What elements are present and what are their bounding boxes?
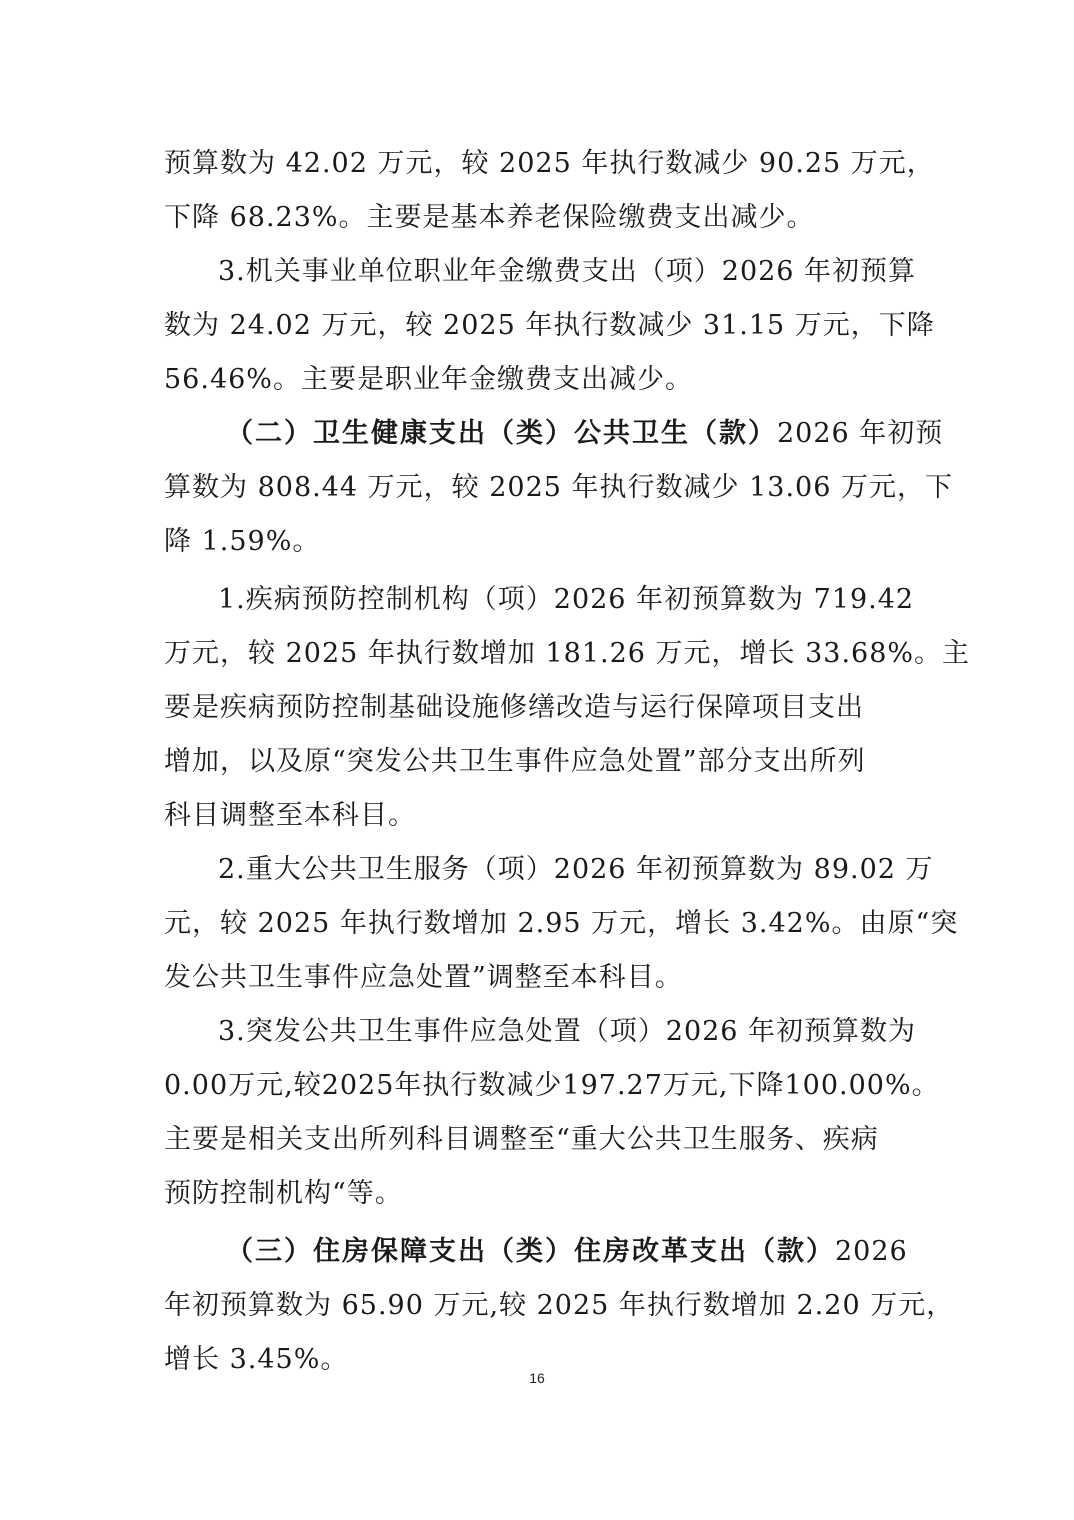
paragraph-line: 3.机关事业单位职业年金缴费支出（项）2026 年初预算	[218, 254, 968, 290]
section-heading-line: （三）住房保障支出（类）住房改革支出（款）2026	[226, 1234, 976, 1270]
paragraph-line: 2.重大公共卫生服务（项）2026 年初预算数为 89.02 万	[218, 852, 968, 888]
paragraph-line: 元，较 2025 年执行数增加 2.95 万元，增长 3.42%。由原“突	[164, 906, 914, 942]
paragraph-line: 56.46%。主要是职业年金缴费支出减少。	[164, 362, 914, 398]
paragraph-line: 下降 68.23%。主要是基本养老保险缴费支出减少。	[164, 200, 914, 236]
paragraph-line: 预防控制机构“等。	[164, 1176, 914, 1212]
paragraph-line: 0.00万元,较2025年执行数减少197.27万元,下降100.00%。	[164, 1068, 914, 1104]
paragraph-text: 2026 年初预	[777, 418, 943, 449]
document-page: 预算数为 42.02 万元，较 2025 年执行数减少 90.25 万元， 下降…	[0, 0, 1074, 1520]
paragraph-line: 主要是相关支出所列科目调整至“重大公共卫生服务、疾病	[164, 1122, 914, 1158]
section-heading-line: （二）卫生健康支出（类）公共卫生（款）2026 年初预	[226, 416, 976, 452]
paragraph-text: 2026	[835, 1236, 908, 1267]
paragraph-line: 增加，以及原“突发公共卫生事件应急处置”部分支出所列	[164, 744, 914, 780]
paragraph-line: 1.疾病预防控制机构（项）2026 年初预算数为 719.42	[218, 582, 968, 618]
paragraph-line: 降 1.59%。	[164, 524, 914, 560]
section-heading-health: （二）卫生健康支出（类）公共卫生（款）	[226, 418, 777, 449]
paragraph-line: 算数为 808.44 万元，较 2025 年执行数减少 13.06 万元，下	[164, 470, 914, 506]
paragraph-line: 数为 24.02 万元，较 2025 年执行数减少 31.15 万元，下降	[164, 308, 914, 344]
paragraph-line: 3.突发公共卫生事件应急处置（项）2026 年初预算数为	[218, 1014, 968, 1050]
paragraph-line: 万元，较 2025 年执行数增加 181.26 万元，增长 33.68%。主	[164, 636, 914, 672]
paragraph-line: 预算数为 42.02 万元，较 2025 年执行数减少 90.25 万元，	[164, 146, 914, 182]
paragraph-line: 科目调整至本科目。	[164, 798, 914, 834]
section-heading-housing: （三）住房保障支出（类）住房改革支出（款）	[226, 1236, 835, 1267]
page-number: 16	[0, 1370, 1074, 1386]
paragraph-line: 要是疾病预防控制基础设施修缮改造与运行保障项目支出	[164, 690, 914, 726]
paragraph-line: 发公共卫生事件应急处置”调整至本科目。	[164, 960, 914, 996]
paragraph-line: 年初预算数为 65.90 万元,较 2025 年执行数增加 2.20 万元，	[164, 1288, 914, 1324]
